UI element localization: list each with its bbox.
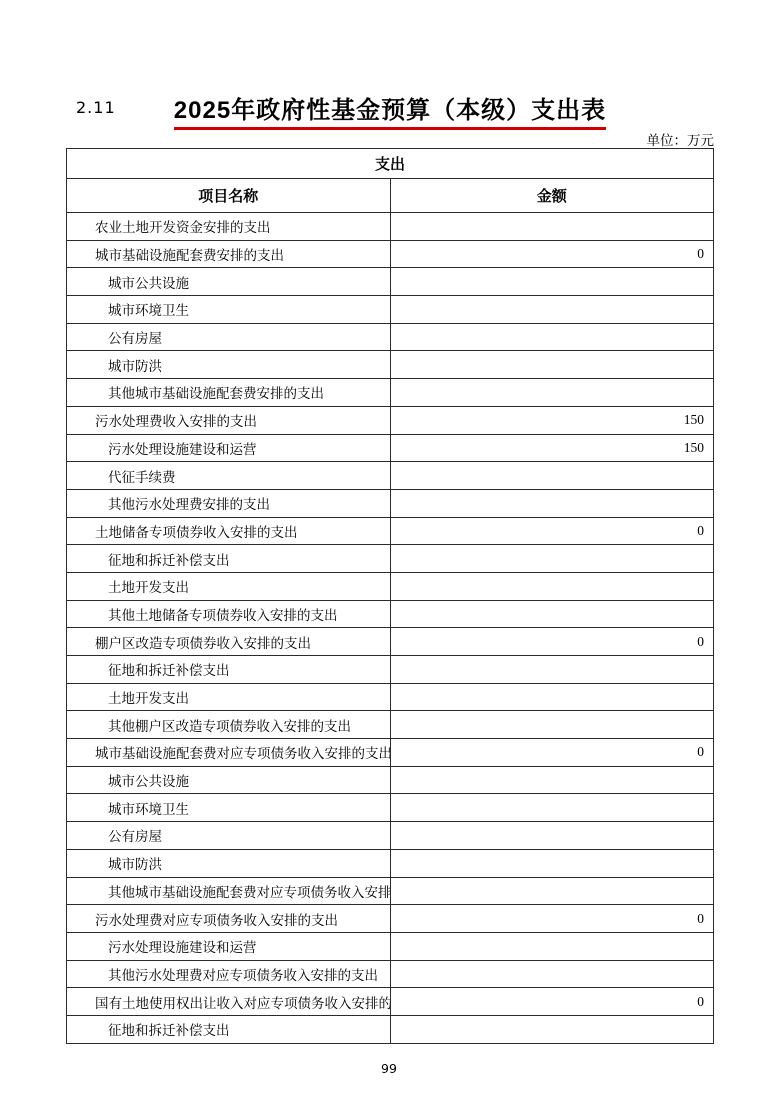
item-amount: 0 (390, 905, 714, 933)
item-name: 土地开发支出 (67, 683, 391, 711)
item-amount (390, 849, 714, 877)
item-amount (390, 711, 714, 739)
item-amount: 0 (390, 739, 714, 767)
item-name: 土地开发支出 (67, 572, 391, 600)
item-amount (390, 462, 714, 490)
item-amount (390, 960, 714, 988)
item-amount (390, 268, 714, 296)
item-name: 征地和拆迁补偿支出 (67, 1015, 391, 1043)
item-name: 城市基础设施配套费对应专项债务收入安排的支出 (67, 739, 391, 767)
item-name: 城市防洪 (67, 849, 391, 877)
item-amount (390, 683, 714, 711)
item-name: 征地和拆迁补偿支出 (67, 656, 391, 684)
item-amount (390, 932, 714, 960)
item-amount (390, 1015, 714, 1043)
item-name: 城市公共设施 (67, 766, 391, 794)
item-name: 其他土地储备专项债券收入安排的支出 (67, 600, 391, 628)
item-amount (390, 296, 714, 324)
document-page: 2.11 2025年政府性基金预算（本级）支出表 单位：万元 支出 项目名称 金… (0, 0, 778, 1112)
item-name: 污水处理费对应专项债务收入安排的支出 (67, 905, 391, 933)
table-row: 其他棚户区改造专项债券收入安排的支出 (67, 711, 714, 739)
item-name: 农业土地开发资金安排的支出 (67, 213, 391, 241)
table-row: 城市基础设施配套费安排的支出 0 (67, 240, 714, 268)
item-amount (390, 323, 714, 351)
column-header-item-name: 项目名称 (67, 179, 391, 213)
table-row: 代征手续费 (67, 462, 714, 490)
item-name: 其他城市基础设施配套费对应专项债务收入安排的支出 (67, 877, 391, 905)
item-amount (390, 794, 714, 822)
item-name: 代征手续费 (67, 462, 391, 490)
item-amount (390, 600, 714, 628)
item-amount (390, 213, 714, 241)
item-name: 公有房屋 (67, 323, 391, 351)
item-name: 污水处理费收入安排的支出 (67, 406, 391, 434)
table-row: 国有土地使用权出让收入对应专项债务收入安排的支出 0 (67, 988, 714, 1016)
item-amount: 0 (390, 517, 714, 545)
table-row: 城市公共设施 (67, 268, 714, 296)
table-row: 公有房屋 (67, 323, 714, 351)
item-name: 城市基础设施配套费安排的支出 (67, 240, 391, 268)
table-row: 征地和拆迁补偿支出 (67, 1015, 714, 1043)
table-row: 污水处理费收入安排的支出 150 (67, 406, 714, 434)
unit-note: 单位：万元 (66, 129, 714, 149)
item-amount (390, 877, 714, 905)
table-super-header: 支出 (67, 149, 714, 179)
item-name: 国有土地使用权出让收入对应专项债务收入安排的支出 (67, 988, 391, 1016)
item-amount (390, 379, 714, 407)
table-row: 城市基础设施配套费对应专项债务收入安排的支出 0 (67, 739, 714, 767)
item-name: 其他污水处理费对应专项债务收入安排的支出 (67, 960, 391, 988)
item-name: 公有房屋 (67, 822, 391, 850)
item-amount (390, 489, 714, 517)
item-name: 污水处理设施建设和运营 (67, 932, 391, 960)
budget-table: 支出 项目名称 金额 农业土地开发资金安排的支出 城市基础设施配套费安排的支出 … (66, 148, 714, 1044)
item-name: 城市公共设施 (67, 268, 391, 296)
item-amount: 0 (390, 240, 714, 268)
item-amount: 0 (390, 628, 714, 656)
table-row: 污水处理费对应专项债务收入安排的支出 0 (67, 905, 714, 933)
item-name: 城市防洪 (67, 351, 391, 379)
table-row: 其他污水处理费对应专项债务收入安排的支出 (67, 960, 714, 988)
table-super-header-row: 支出 (67, 149, 714, 179)
table-row: 土地储备专项债券收入安排的支出 0 (67, 517, 714, 545)
table-row: 其他污水处理费安排的支出 (67, 489, 714, 517)
item-name: 城市环境卫生 (67, 296, 391, 324)
item-amount: 0 (390, 988, 714, 1016)
table-row: 土地开发支出 (67, 572, 714, 600)
item-amount (390, 656, 714, 684)
item-name: 城市环境卫生 (67, 794, 391, 822)
item-name: 其他污水处理费安排的支出 (67, 489, 391, 517)
item-amount: 150 (390, 434, 714, 462)
item-amount (390, 822, 714, 850)
table-row: 农业土地开发资金安排的支出 (67, 213, 714, 241)
table-row: 城市环境卫生 (67, 794, 714, 822)
item-amount: 150 (390, 406, 714, 434)
page-title: 2025年政府性基金预算（本级）支出表 (174, 90, 606, 130)
table-row: 城市防洪 (67, 351, 714, 379)
table-row: 污水处理设施建设和运营 (67, 932, 714, 960)
table-head: 支出 项目名称 金额 (67, 149, 714, 213)
table-row: 棚户区改造专项债券收入安排的支出 0 (67, 628, 714, 656)
title-container: 2025年政府性基金预算（本级）支出表 (66, 90, 714, 130)
item-name: 棚户区改造专项债券收入安排的支出 (67, 628, 391, 656)
table-row: 征地和拆迁补偿支出 (67, 656, 714, 684)
item-name: 其他城市基础设施配套费安排的支出 (67, 379, 391, 407)
table-row: 城市防洪 (67, 849, 714, 877)
table-row: 土地开发支出 (67, 683, 714, 711)
page-number: 99 (0, 1061, 778, 1076)
item-name: 污水处理设施建设和运营 (67, 434, 391, 462)
table-row: 城市公共设施 (67, 766, 714, 794)
column-header-amount: 金额 (390, 179, 714, 213)
item-name: 征地和拆迁补偿支出 (67, 545, 391, 573)
table-header-row: 项目名称 金额 (67, 179, 714, 213)
table-row: 其他城市基础设施配套费对应专项债务收入安排的支出 (67, 877, 714, 905)
table-row: 城市环境卫生 (67, 296, 714, 324)
item-amount (390, 545, 714, 573)
table-row: 征地和拆迁补偿支出 (67, 545, 714, 573)
table-row: 污水处理设施建设和运营 150 (67, 434, 714, 462)
item-amount (390, 572, 714, 600)
item-name: 土地储备专项债券收入安排的支出 (67, 517, 391, 545)
table-row: 公有房屋 (67, 822, 714, 850)
table-row: 其他土地储备专项债券收入安排的支出 (67, 600, 714, 628)
table-body: 农业土地开发资金安排的支出 城市基础设施配套费安排的支出 0 城市公共设施 城市… (67, 213, 714, 1044)
item-name: 其他棚户区改造专项债券收入安排的支出 (67, 711, 391, 739)
item-amount (390, 766, 714, 794)
table-row: 其他城市基础设施配套费安排的支出 (67, 379, 714, 407)
item-amount (390, 351, 714, 379)
